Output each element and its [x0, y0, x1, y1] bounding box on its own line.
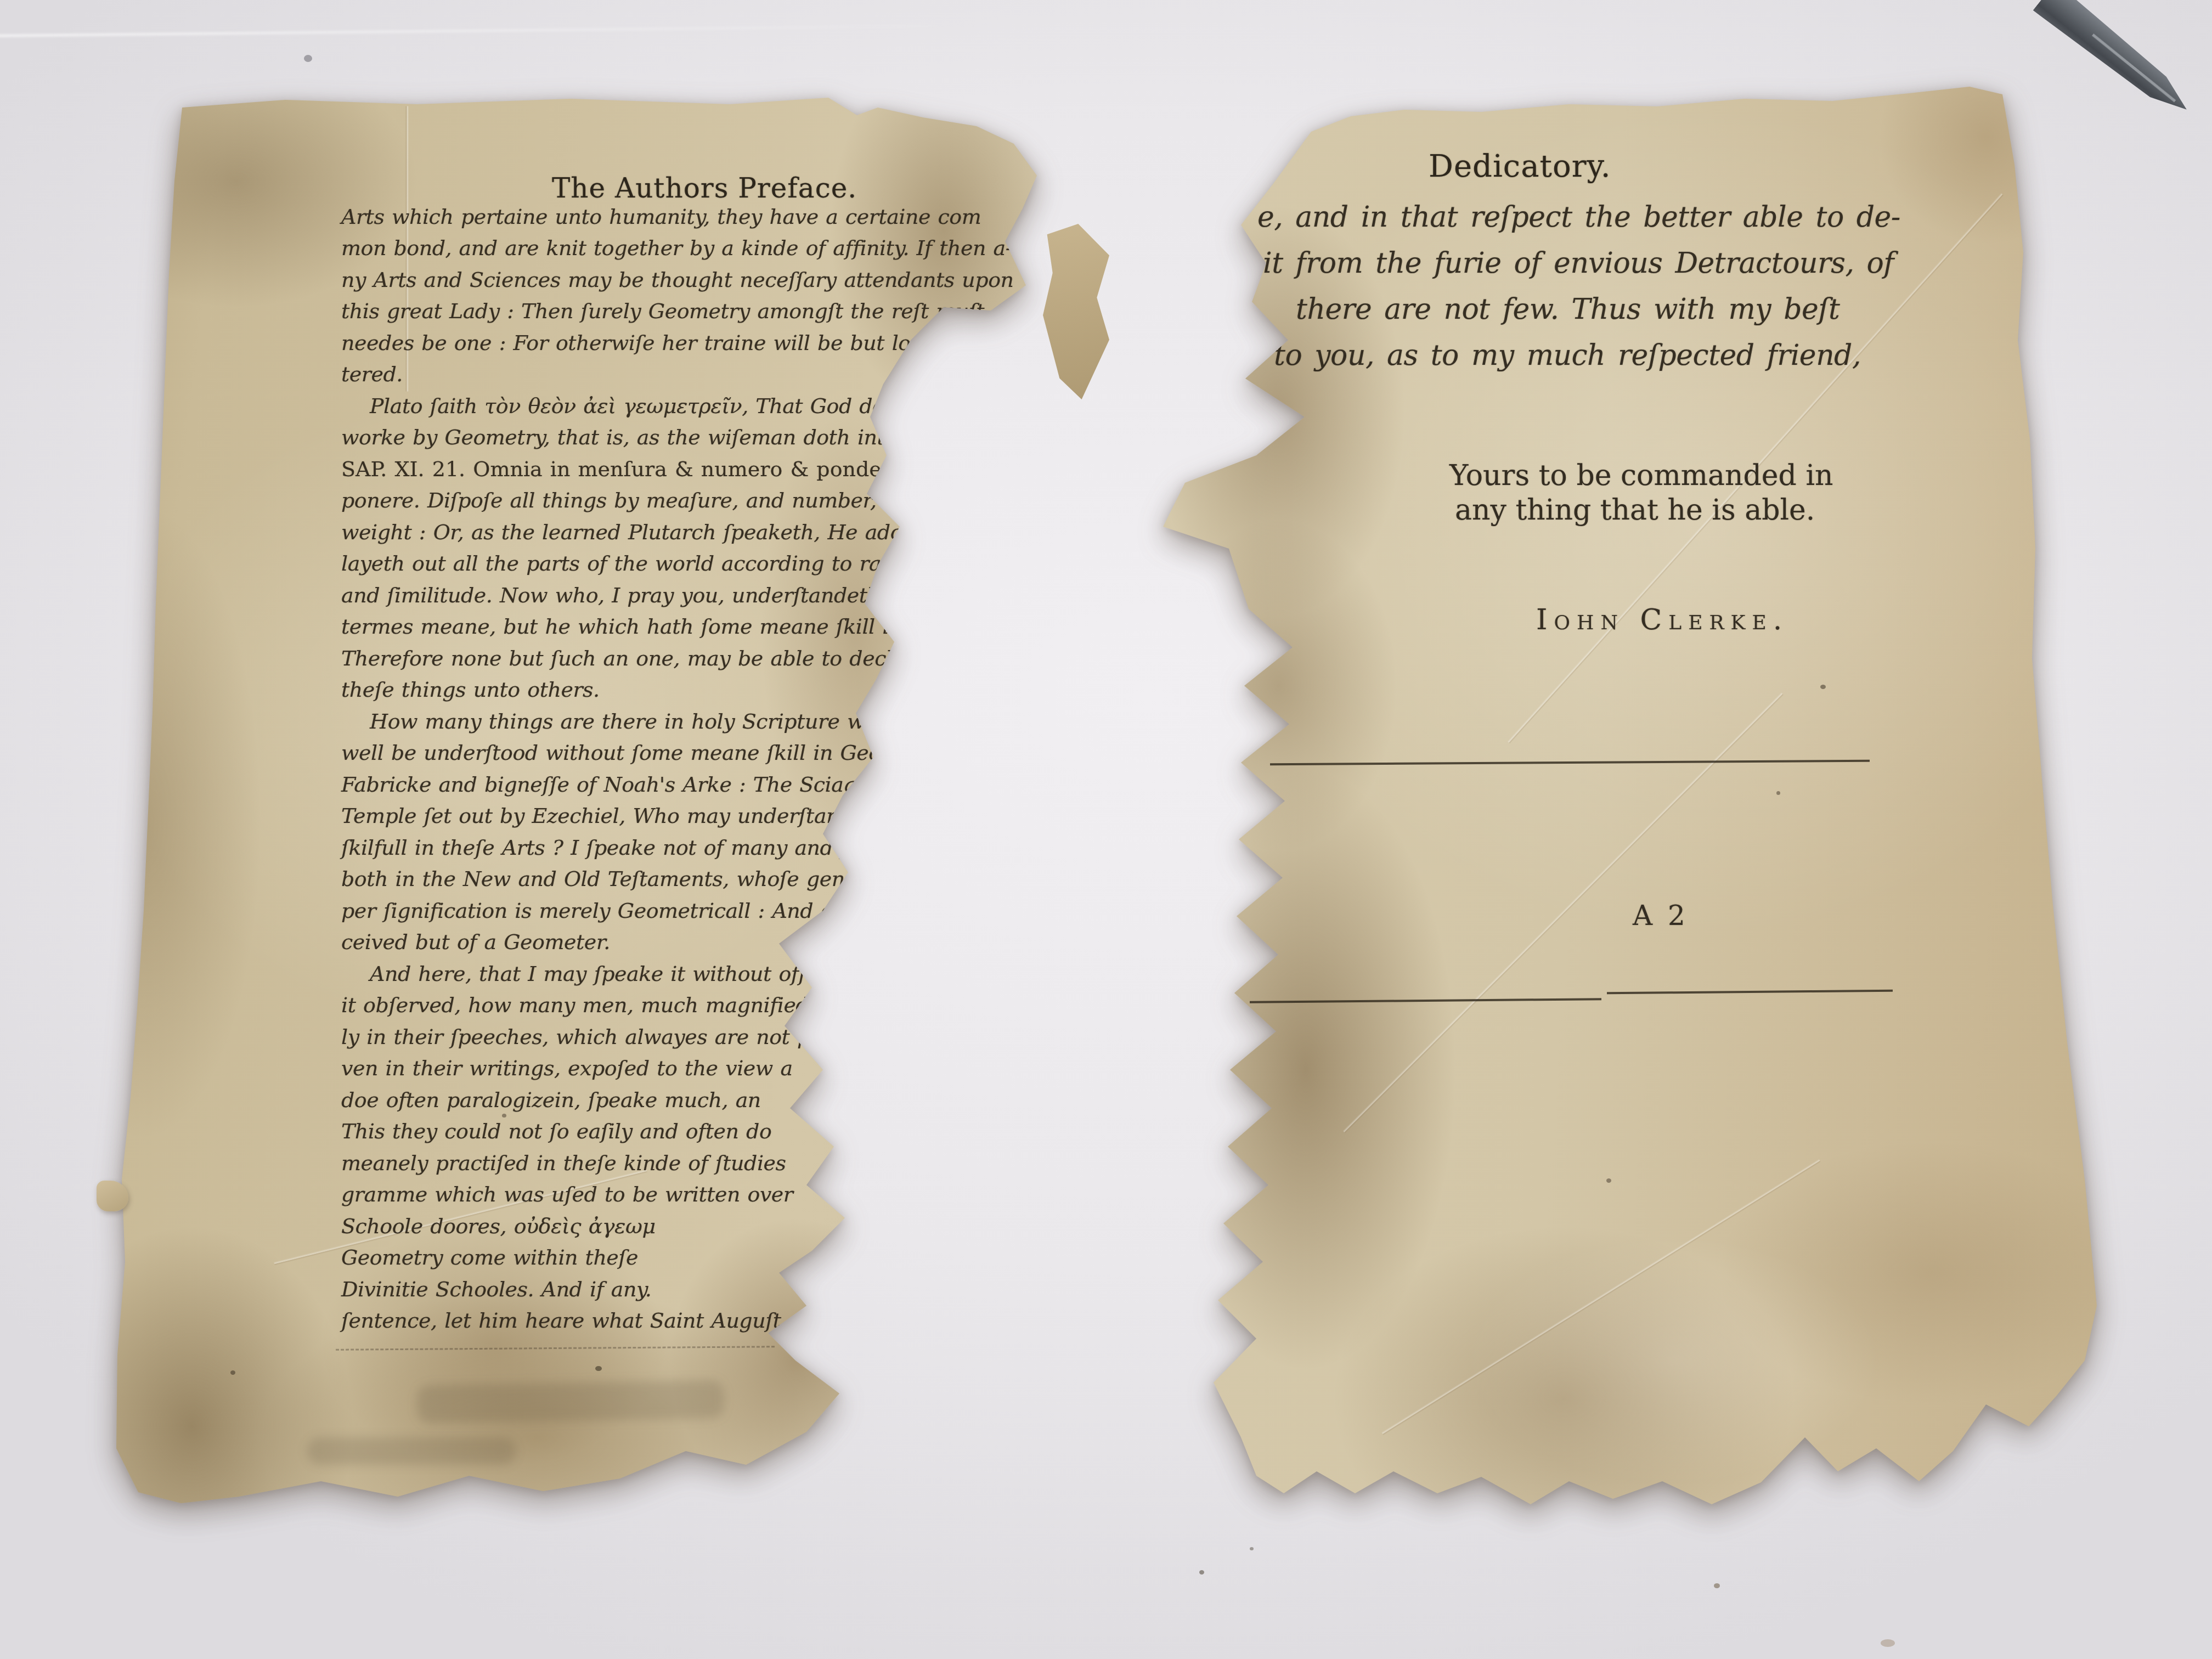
paper-hole — [1606, 1178, 1611, 1183]
text-line: there are not few. Thus with my beſt — [1296, 294, 1839, 325]
fold-crease — [1343, 692, 1784, 1133]
text-line: to you, as to my much reſpected friend, — [1274, 340, 1861, 371]
debris-speck — [304, 55, 312, 62]
printed-rule — [1607, 990, 1893, 995]
printed-rule — [1250, 998, 1601, 1003]
text-line: e, and in that reſpect the better able t… — [1257, 202, 1900, 233]
signature: Iohn Clerke. — [1536, 606, 1788, 634]
paper-hole — [1820, 685, 1826, 689]
valediction-line: any thing that he is able. — [1455, 494, 1815, 527]
page-title: Dedicatory. — [1429, 151, 1611, 182]
photo-of-torn-book-leaves: The Authors Preface. Arts which pertaine… — [0, 0, 2212, 1659]
valediction-line: Yours to be commanded in — [1449, 460, 1833, 493]
fold-crease — [1381, 1159, 1821, 1435]
debris-speck — [1714, 1583, 1720, 1588]
right-page-paper: Dedicatory. e, and in that reſpect the b… — [0, 0, 2212, 1659]
right-page-dedicatory: Dedicatory. e, and in that reſpect the b… — [0, 0, 2212, 1659]
debris-speck — [1199, 1570, 1204, 1575]
paper-hole — [1776, 791, 1780, 795]
printed-rule — [1270, 760, 1870, 766]
debris-speck — [1250, 1547, 1254, 1550]
text-line: it from the furie of envious Detractours… — [1263, 248, 1894, 279]
debris-speck — [1881, 1639, 1895, 1647]
gathering-mark: A 2 — [1633, 902, 1689, 929]
